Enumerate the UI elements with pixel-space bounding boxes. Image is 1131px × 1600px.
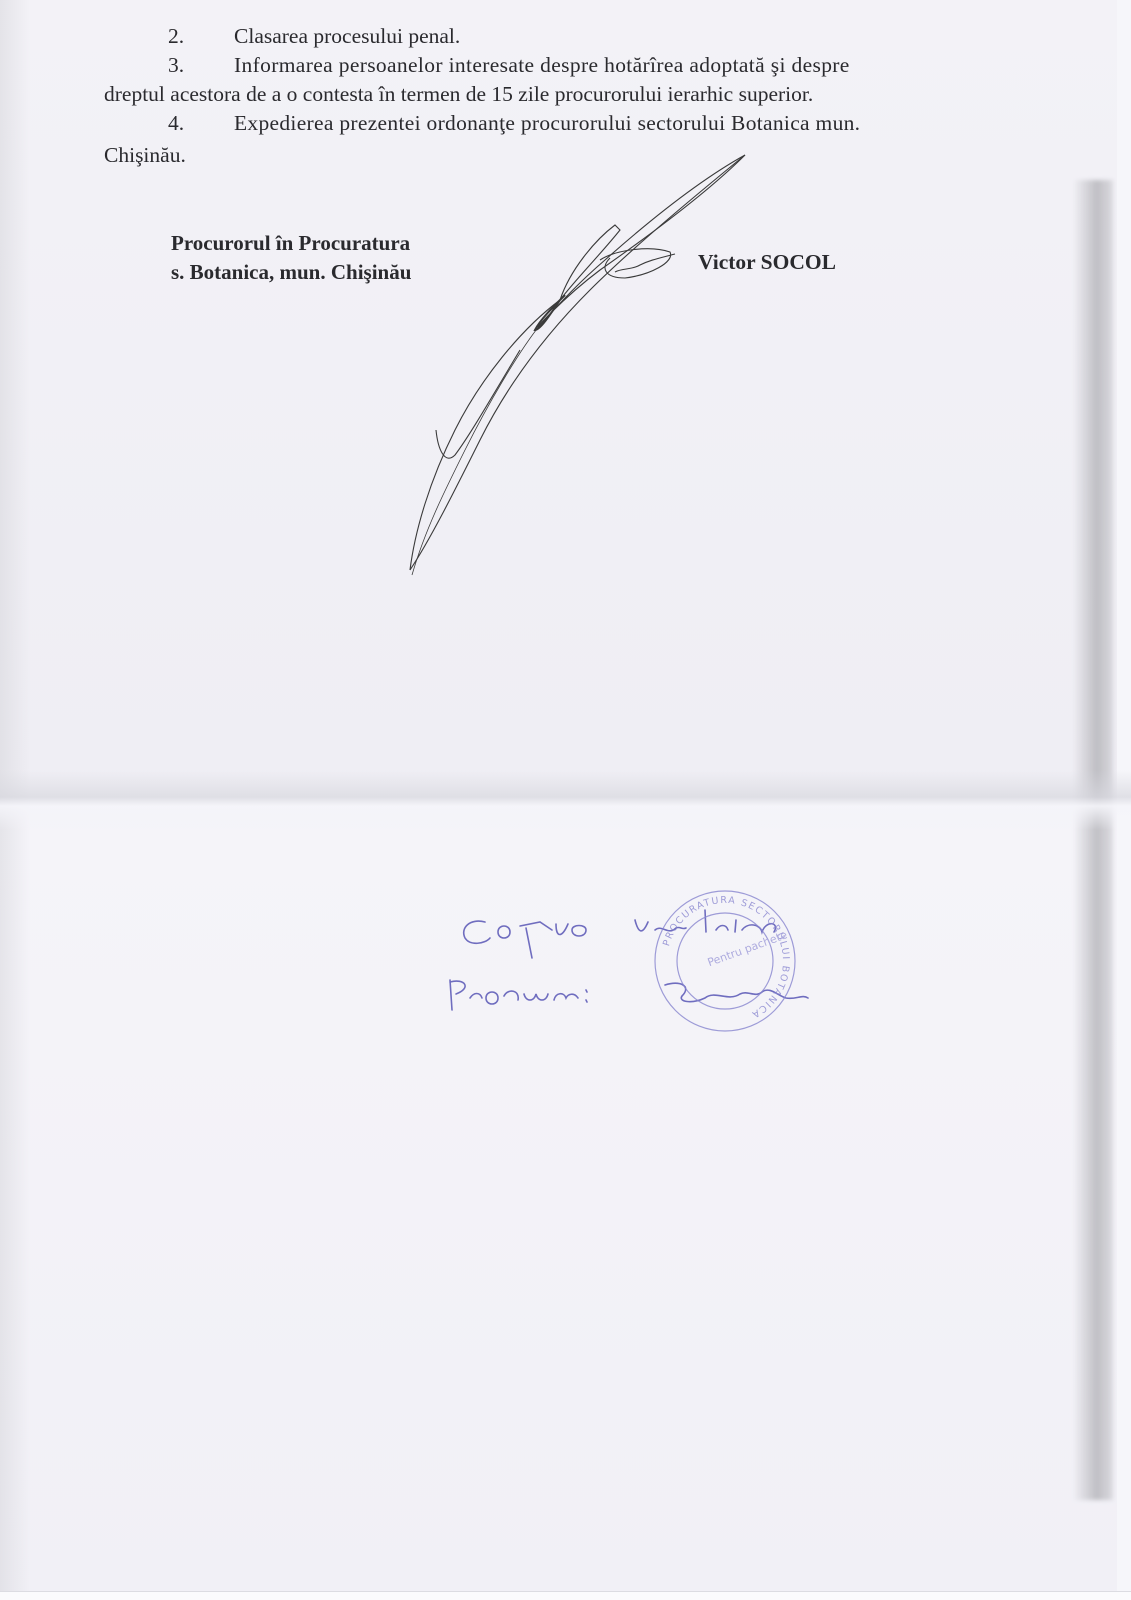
paper-fold xyxy=(0,770,1131,830)
paragraph-3: 3.Informarea persoanelor interesate desp… xyxy=(104,51,984,80)
paragraph-text: Clasarea procesului penal. xyxy=(234,24,460,48)
paragraph-number: 4. xyxy=(168,109,234,138)
signatory-title-line2: s. Botanica, mun. Chişinău xyxy=(171,258,411,287)
document-body: 2.Clasarea procesului penal. 3.Informare… xyxy=(104,22,984,170)
paragraph-2: 2.Clasarea procesului penal. xyxy=(104,22,984,51)
scan-shadow xyxy=(1073,180,1113,1500)
signatory-title-line1: Procurorul în Procuratura xyxy=(171,229,411,258)
stamp-center-text: Pentru pachete xyxy=(706,928,789,969)
scanned-page: 2.Clasarea procesului penal. 3.Informare… xyxy=(0,0,1131,1600)
official-stamp: PROCURATURA SECTORULUI BOTANICA Pentru p… xyxy=(650,886,800,1036)
paragraph-number: 3. xyxy=(168,51,234,80)
paragraph-text: Expedierea prezentei ordonanţe procuroru… xyxy=(234,111,860,135)
page-bottom-edge xyxy=(0,1591,1131,1600)
paragraph-number: 2. xyxy=(168,22,234,51)
paragraph-3-continuation: dreptul acestora de a o contesta în term… xyxy=(104,80,984,109)
paragraph-4: 4.Expedierea prezentei ordonanţe procuro… xyxy=(104,109,984,138)
paragraph-text: Chişinău. xyxy=(104,143,186,167)
paragraph-text: dreptul acestora de a o contesta în term… xyxy=(104,82,813,106)
paragraph-text: Informarea persoanelor interesate despre… xyxy=(234,53,850,77)
signatory-title: Procurorul în Procuratura s. Botanica, m… xyxy=(171,229,411,287)
handwritten-signature xyxy=(400,150,760,580)
